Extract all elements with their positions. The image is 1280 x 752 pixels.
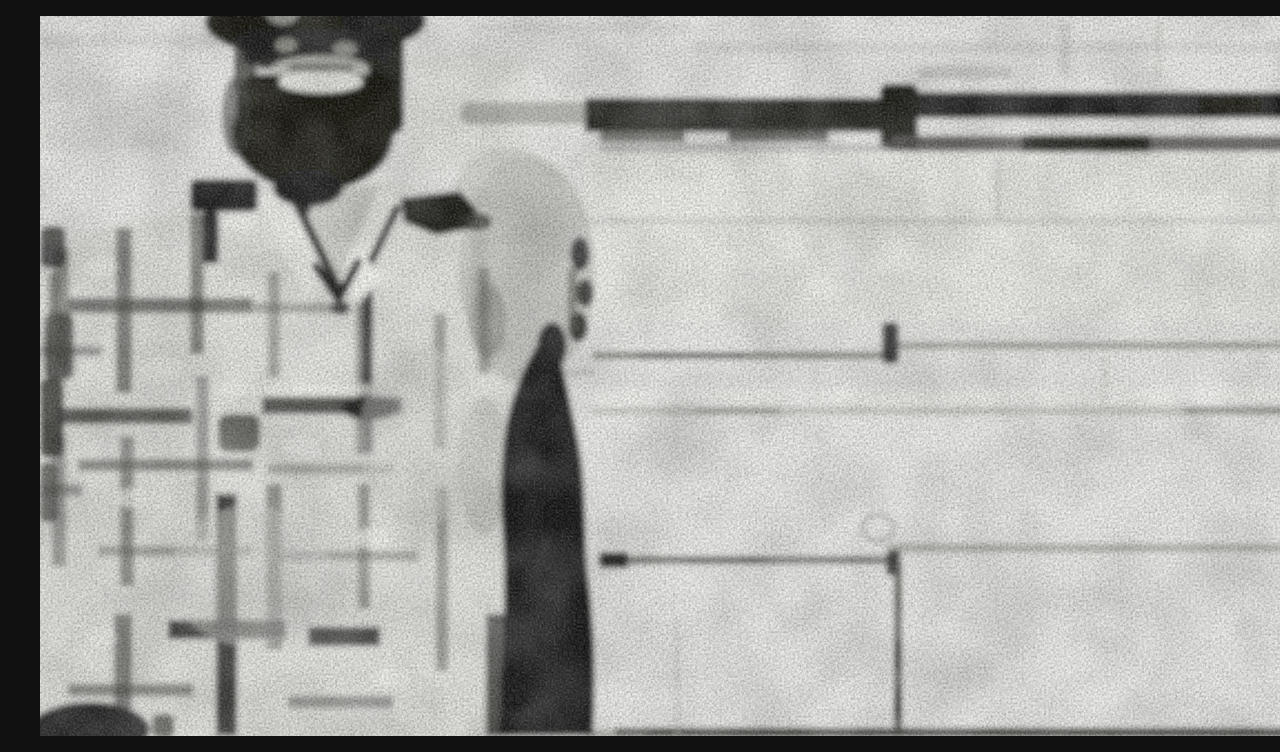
film-grain-layer: [40, 16, 1280, 736]
photo-frame: Grainy blurred black-and-white photograp…: [40, 16, 1280, 736]
film-mottle-light: [40, 16, 1280, 736]
photo-canvas: [40, 16, 1280, 736]
